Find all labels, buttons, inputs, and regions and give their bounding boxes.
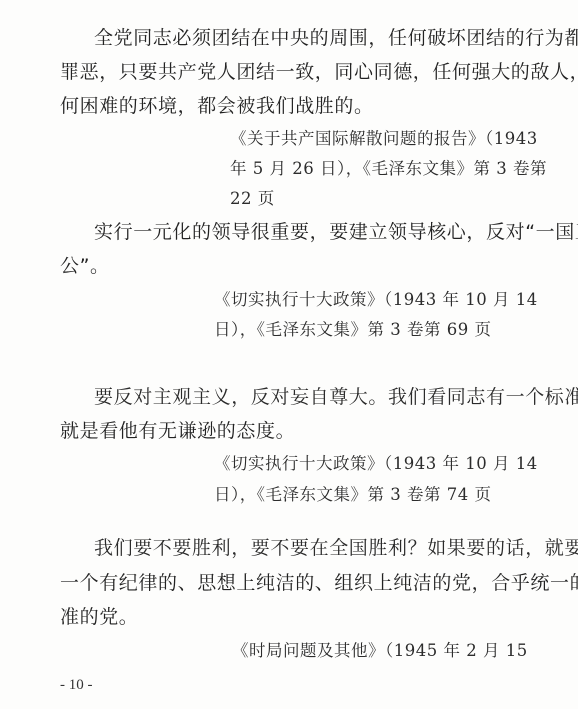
page-number: - 10 - (60, 677, 93, 694)
quote-3-line-2: 就是看他有无谦逊的态度。 (60, 419, 295, 443)
quote-2-line-2: 公”。 (60, 254, 110, 278)
quote-2-citation-line-2: 日），《毛泽东文集》第 3 卷第 69 页 (214, 319, 491, 341)
quote-4-citation-line-1: 《时局问题及其他》（1945 年 2 月 15 (232, 640, 528, 662)
quote-4-line-2: 一个有纪律的、思想上纯洁的、组织上纯洁的党，合乎统一的标 (60, 571, 578, 595)
quote-1-citation-line-3: 22 页 (230, 188, 275, 210)
quote-3-citation-line-1: 《切实执行十大政策》（1943 年 10 月 14 (214, 453, 538, 475)
quote-1-line-1: 全党同志必须团结在中央的周围，任何破坏团结的行为都是 (94, 26, 578, 50)
quote-2-citation-line-1: 《切实执行十大政策》（1943 年 10 月 14 (214, 289, 538, 311)
quote-2-line-1: 实行一元化的领导很重要，要建立领导核心，反对“一国三 (94, 220, 578, 244)
quote-4-line-3: 准的党。 (60, 605, 138, 629)
document-page: 全党同志必须团结在中央的周围，任何破坏团结的行为都是 罪恶，只要共产党人团结一致… (0, 0, 578, 709)
quote-3-line-1: 要反对主观主义，反对妄自尊大。我们看同志有一个标准， (94, 385, 578, 409)
quote-4-line-1: 我们要不要胜利，要不要在全国胜利？如果要的话，就要有 (94, 536, 578, 560)
quote-1-line-2: 罪恶，只要共产党人团结一致，同心同德，任何强大的敌人，任 (60, 60, 578, 84)
quote-3-citation-line-2: 日），《毛泽东文集》第 3 卷第 74 页 (214, 484, 491, 506)
quote-1-citation-line-1: 《关于共产国际解散问题的报告》（1943 (230, 128, 538, 150)
quote-1-citation-line-2: 年 5 月 26 日），《毛泽东文集》第 3 卷第 (230, 158, 547, 180)
quote-1-line-3: 何困难的环境，都会被我们战胜的。 (60, 94, 374, 118)
